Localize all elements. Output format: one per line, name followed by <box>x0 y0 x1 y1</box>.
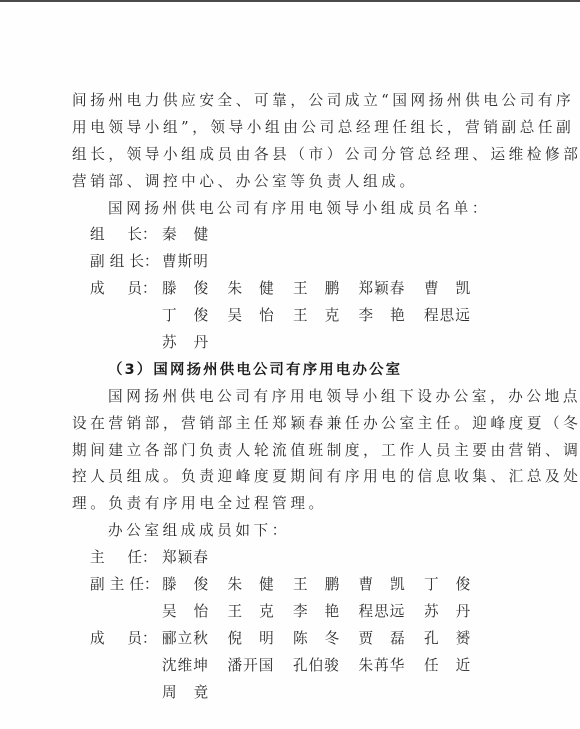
roster-row: 副组长：曹斯明 <box>72 249 514 276</box>
text-line: 间扬州电力供应安全、可靠，公司成立“国网扬州供电公司有序 <box>72 88 514 115</box>
person-name: 苏丹 <box>162 330 228 357</box>
role-label-char: 组 <box>110 249 125 276</box>
person-name: 郑颖春 <box>359 276 425 303</box>
role-label <box>90 330 162 357</box>
roster-row: 苏丹 <box>72 330 514 357</box>
person-name: 贾磊 <box>359 626 425 653</box>
role-label-char: 成 <box>90 626 105 653</box>
person-name: 丁俊 <box>424 572 490 599</box>
role-label <box>90 653 162 680</box>
role-label: 副组长： <box>90 249 162 276</box>
person-name: 苏丹 <box>424 599 490 626</box>
role-label-char: 任 <box>127 545 142 572</box>
role-label-char: 主 <box>110 572 125 599</box>
label-colon: ： <box>142 276 150 303</box>
roster-row: 组长：秦健 <box>72 222 514 249</box>
roster-row: 沈维坤潘开国孔伯骏朱苒华任近 <box>72 653 514 680</box>
person-name: 朱健 <box>228 572 294 599</box>
role-label-char: 长 <box>127 222 142 249</box>
label-colon: ： <box>142 626 150 653</box>
role-label: 成员： <box>90 276 162 303</box>
paragraph-office-setup: 国网扬州供电公司有序用电领导小组下设办公室，办公地点 设在营销部，营销部主任郑颖… <box>72 384 514 518</box>
text-line: 国网扬州供电公司有序用电领导小组下设办公室，办公地点 <box>72 384 514 411</box>
person-name: 孔赟 <box>424 626 490 653</box>
person-name: 王鹏 <box>293 276 359 303</box>
text-line: 期间建立各部门负责人轮流值班制度，工作人员主要由营销、调 <box>72 438 514 465</box>
role-label-char: 成 <box>90 276 105 303</box>
role-label <box>90 599 162 626</box>
person-name: 吴怡 <box>162 599 228 626</box>
person-name: 曹斯明 <box>162 249 228 276</box>
label-colon: ： <box>142 545 150 572</box>
person-name: 王克 <box>293 303 359 330</box>
person-name: 陈冬 <box>293 626 359 653</box>
role-label-char: 员 <box>127 626 142 653</box>
person-name: 王克 <box>228 599 294 626</box>
person-name: 倪明 <box>228 626 294 653</box>
role-label <box>90 680 162 707</box>
role-label <box>90 303 162 330</box>
person-name: 周竟 <box>162 680 228 707</box>
roster-row: 成员：郦立秋倪明陈冬贾磊孔赟 <box>72 626 514 653</box>
roster-row: 周竟 <box>72 680 514 707</box>
section-3-heading: （3）国网扬州供电公司有序用电办公室 <box>72 357 514 384</box>
label-colon: ： <box>142 222 150 249</box>
name-list: 滕俊朱健王鹏郑颖春曹凯 <box>162 276 490 303</box>
person-name: 沈维坤 <box>162 653 228 680</box>
person-name: 吴怡 <box>228 303 294 330</box>
name-list: 周竟 <box>162 680 228 707</box>
person-name: 潘开国 <box>228 653 294 680</box>
roster-row: 主任：郑颖春 <box>72 545 514 572</box>
person-name: 朱健 <box>228 276 294 303</box>
person-name: 秦健 <box>162 222 228 249</box>
text-line: 营销部、调控中心、办公室等负责人组成。 <box>72 169 514 196</box>
document-page: 间扬州电力供应安全、可靠，公司成立“国网扬州供电公司有序 用电领导小组”，领导小… <box>72 88 514 706</box>
role-label-char: 员 <box>127 276 142 303</box>
role-label-char: 长 <box>129 249 144 276</box>
person-name: 曹凯 <box>424 276 490 303</box>
paragraph-leadership-setup: 间扬州电力供应安全、可靠，公司成立“国网扬州供电公司有序 用电领导小组”，领导小… <box>72 88 514 196</box>
label-colon: ： <box>144 249 152 276</box>
name-list: 郦立秋倪明陈冬贾磊孔赟 <box>162 626 490 653</box>
text-line: 理。负责有序用电全过程管理。 <box>72 491 514 518</box>
person-name: 曹凯 <box>359 572 425 599</box>
role-label: 成员： <box>90 626 162 653</box>
role-label: 组长： <box>90 222 162 249</box>
person-name: 李艳 <box>359 303 425 330</box>
person-name: 李艳 <box>293 599 359 626</box>
office-list-intro: 办公室组成成员如下： <box>72 518 514 545</box>
label-colon: ： <box>144 572 152 599</box>
role-label-char: 副 <box>90 249 105 276</box>
name-list: 曹斯明 <box>162 249 228 276</box>
role-label-char: 组 <box>90 222 105 249</box>
text-line: 控人员组成。负责迎峰度夏期间有序用电的信息收集、汇总及处 <box>72 464 514 491</box>
text-line: 组长，领导小组成员由各县（市）公司分管总经理、运维检修部、 <box>72 142 514 169</box>
roster-row: 成员：滕俊朱健王鹏郑颖春曹凯 <box>72 276 514 303</box>
person-name: 任近 <box>424 653 490 680</box>
role-label: 主任： <box>90 545 162 572</box>
name-list: 沈维坤潘开国孔伯骏朱苒华任近 <box>162 653 490 680</box>
person-name: 郦立秋 <box>162 626 228 653</box>
office-roster: 主任：郑颖春副主任：滕俊朱健王鹏曹凯丁俊吴怡王克李艳程思远苏丹成员：郦立秋倪明陈… <box>72 545 514 706</box>
name-list: 苏丹 <box>162 330 228 357</box>
name-list: 滕俊朱健王鹏曹凯丁俊 <box>162 572 490 599</box>
person-name: 朱苒华 <box>359 653 425 680</box>
roster-row: 丁俊吴怡王克李艳程思远 <box>72 303 514 330</box>
person-name: 滕俊 <box>162 276 228 303</box>
name-list: 吴怡王克李艳程思远苏丹 <box>162 599 490 626</box>
person-name: 程思远 <box>359 599 425 626</box>
page-top-border <box>0 0 580 2</box>
name-list: 丁俊吴怡王克李艳程思远 <box>162 303 490 330</box>
text-line: 用电领导小组”，领导小组由公司总经理任组长，营销副总任副 <box>72 115 514 142</box>
roster-row: 吴怡王克李艳程思远苏丹 <box>72 599 514 626</box>
leadership-roster: 组长：秦健副组长：曹斯明成员：滕俊朱健王鹏郑颖春曹凯丁俊吴怡王克李艳程思远苏丹 <box>72 222 514 356</box>
role-label: 副主任： <box>90 572 162 599</box>
role-label-char: 主 <box>90 545 105 572</box>
role-label-char: 任 <box>129 572 144 599</box>
person-name: 王鹏 <box>293 572 359 599</box>
person-name: 郑颖春 <box>162 545 228 572</box>
name-list: 秦健 <box>162 222 228 249</box>
person-name: 孔伯骏 <box>293 653 359 680</box>
role-label-char: 副 <box>90 572 105 599</box>
leadership-list-intro: 国网扬州供电公司有序用电领导小组成员名单： <box>72 196 514 223</box>
name-list: 郑颖春 <box>162 545 228 572</box>
person-name: 滕俊 <box>162 572 228 599</box>
text-line: 设在营销部，营销部主任郑颖春兼任办公室主任。迎峰度夏（冬） <box>72 411 514 438</box>
roster-row: 副主任：滕俊朱健王鹏曹凯丁俊 <box>72 572 514 599</box>
person-name: 程思远 <box>424 303 490 330</box>
person-name: 丁俊 <box>162 303 228 330</box>
